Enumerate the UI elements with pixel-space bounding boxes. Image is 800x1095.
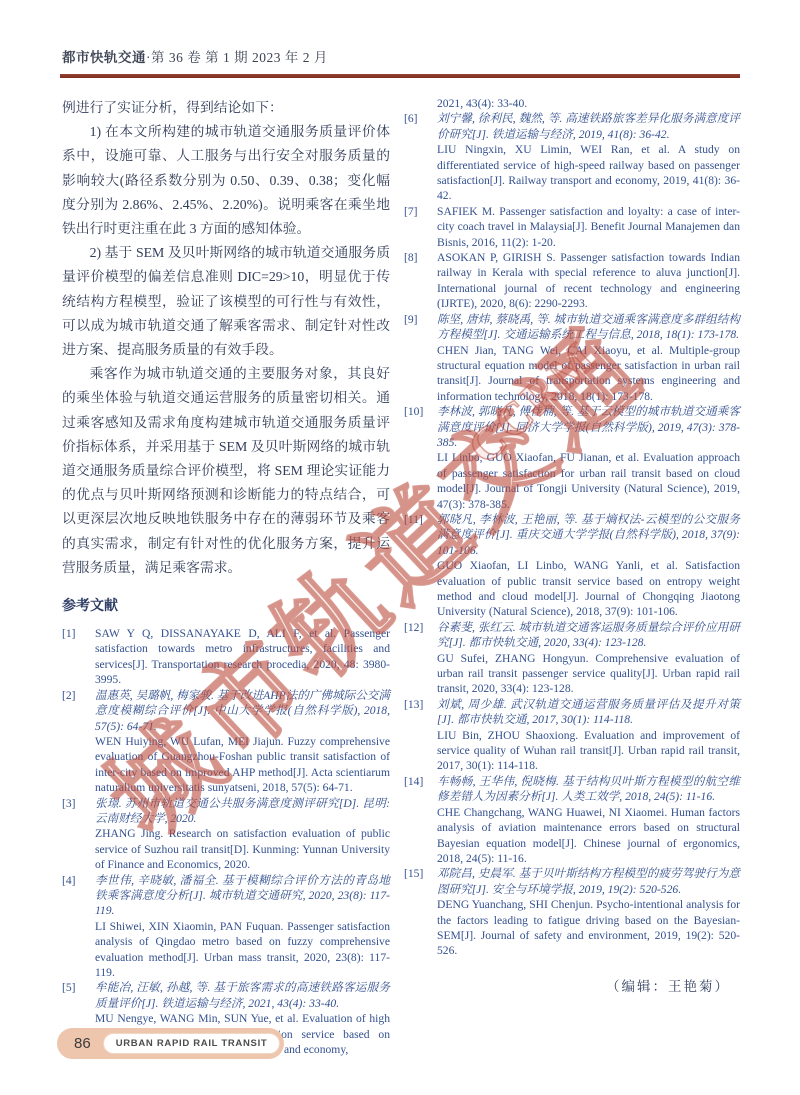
- body-paragraph: 2) 基于 SEM 及贝叶斯网络的城市轨道交通服务质量评价模型的偏差信息准则 D…: [62, 241, 390, 362]
- reference-body: 李林波, 郭晓凡, 傅佳楠, 等. 基于云模型的城市轨道交通乘客满意度评价[J]…: [437, 404, 740, 512]
- reference-item: [1] SAW Y Q, DISSANAYAKE D, ALI F, et al…: [62, 626, 390, 688]
- reference-body: 2021, 43(4): 33-40.: [437, 96, 740, 111]
- reference-text: CHE Changchang, WANG Huawei, NI Xiaomei.…: [437, 805, 740, 867]
- reference-item: [4] 李世伟, 辛晓敏, 潘福全. 基于模糊综合评价方法的青岛地铁乘客满意度分…: [62, 873, 390, 981]
- reference-body: 车畅畅, 王华伟, 倪晓梅. 基于结构贝叶斯方程模型的航空维修差错人为因素分析[…: [437, 774, 740, 866]
- header-divider: [60, 74, 740, 78]
- reference-text: 张璟. 苏州市轨道交通公共服务满意度测评研究[D]. 昆明: 云南财经大学, 2…: [95, 796, 390, 827]
- reference-text: LI Shiwei, XIN Xiaomin, PAN Fuquan. Pass…: [95, 919, 390, 981]
- reference-body: SAW Y Q, DISSANAYAKE D, ALI F, et al. Pa…: [95, 626, 390, 688]
- editor-note: （编辑：王艳菊）: [404, 975, 740, 995]
- references-heading: 参考文献: [62, 595, 390, 615]
- reference-body: 李世伟, 辛晓敏, 潘福全. 基于模糊综合评价方法的青岛地铁乘客满意度分析[J]…: [95, 873, 390, 981]
- reference-item: [8] ASOKAN P, GIRISH S. Passenger satisf…: [404, 250, 740, 312]
- reference-text: 谷素斐, 张红云. 城市轨道交通客运服务质量综合评价应用研究[J]. 都市快轨交…: [437, 620, 740, 651]
- reference-number: [2]: [62, 688, 95, 796]
- reference-item: [9] 陈坚, 唐炜, 蔡晓禹, 等. 城市轨道交通乘客满意度多群组结构方程模型…: [404, 312, 740, 404]
- body-paragraph: 例进行了实证分析，得到结论如下：: [62, 96, 390, 120]
- reference-number: [1]: [62, 626, 95, 688]
- reference-body: 张璟. 苏州市轨道交通公共服务满意度测评研究[D]. 昆明: 云南财经大学, 2…: [95, 796, 390, 873]
- reference-body: 郭晓凡, 李林波, 王艳丽, 等. 基于熵权法-云模型的公交服务满意度评价[J]…: [437, 512, 740, 620]
- reference-body: 谷素斐, 张红云. 城市轨道交通客运服务质量综合评价应用研究[J]. 都市快轨交…: [437, 620, 740, 697]
- reference-text: 陈坚, 唐炜, 蔡晓禹, 等. 城市轨道交通乘客满意度多群组结构方程模型[J].…: [437, 312, 740, 343]
- reference-text: DENG Yuanchang, SHI Chenjun. Psycho-inte…: [437, 897, 740, 959]
- reference-text: WEN Huiying, WU Lufan, MEI Jiajun. Fuzzy…: [95, 734, 390, 796]
- reference-text: GUO Xiaofan, LI Linbo, WANG Yanli, et al…: [437, 558, 740, 620]
- body-paragraph: 乘客作为城市轨道交通的主要服务对象，其良好的乘坐体验与轨道交通运营服务的质量密切…: [62, 362, 390, 580]
- reference-number: [404, 96, 437, 111]
- reference-text: 刘宁馨, 徐利民, 魏然, 等. 高速铁路旅客差异化服务满意度评价研究[J]. …: [437, 111, 740, 142]
- reference-number: [6]: [404, 111, 437, 203]
- reference-text: LIU Bin, ZHOU Shaoxiong. Evaluation and …: [437, 728, 740, 774]
- page-content: 例进行了实证分析，得到结论如下： 1) 在本文所构建的城市轨道交通服务质量评价体…: [62, 96, 740, 1057]
- reference-body: 刘宁馨, 徐利民, 魏然, 等. 高速铁路旅客差异化服务满意度评价研究[J]. …: [437, 111, 740, 203]
- reference-item: [15] 邓院昌, 史晨军. 基于贝叶斯结构方程模型的疲劳驾驶行为意图研究[J]…: [404, 866, 740, 958]
- reference-item: [3] 张璟. 苏州市轨道交通公共服务满意度测评研究[D]. 昆明: 云南财经大…: [62, 796, 390, 873]
- reference-text: 李世伟, 辛晓敏, 潘福全. 基于模糊综合评价方法的青岛地铁乘客满意度分析[J]…: [95, 873, 390, 919]
- reference-number: [4]: [62, 873, 95, 981]
- reference-text: 刘斌, 周少雄. 武汉轨道交通运营服务质量评估及提升对策[J]. 都市快轨交通,…: [437, 697, 740, 728]
- reference-text: CHEN Jian, TANG Wei, CAI Xiaoyu, et al. …: [437, 343, 740, 405]
- journal-title: 都市快轨交通: [62, 50, 146, 65]
- running-head: 都市快轨交通·第 36 卷 第 1 期 2023 年 2 月: [62, 46, 740, 66]
- reference-text: 李林波, 郭晓凡, 傅佳楠, 等. 基于云模型的城市轨道交通乘客满意度评价[J]…: [437, 404, 740, 450]
- page-number: 86: [57, 1035, 103, 1052]
- reference-text: GU Sufei, ZHANG Hongyun. Comprehensive e…: [437, 651, 740, 697]
- reference-body: SAFIEK M. Passenger satisfaction and loy…: [437, 204, 740, 250]
- reference-item: [2] 温惠英, 吴璐帆, 梅家骏. 基于改进AHP法的广佛城际公交满意度模糊综…: [62, 688, 390, 796]
- reference-text: LI Linbo, GUO Xiaofan, FU Jianan, et al.…: [437, 450, 740, 512]
- reference-text: LIU Ningxin, XU Limin, WEI Ran, et al. A…: [437, 142, 740, 204]
- reference-number: [15]: [404, 866, 437, 958]
- reference-body: ASOKAN P, GIRISH S. Passenger satisfacti…: [437, 250, 740, 312]
- reference-number: [10]: [404, 404, 437, 512]
- reference-item: [12] 谷素斐, 张红云. 城市轨道交通客运服务质量综合评价应用研究[J]. …: [404, 620, 740, 697]
- reference-number: [8]: [404, 250, 437, 312]
- reference-item: [6] 刘宁馨, 徐利民, 魏然, 等. 高速铁路旅客差异化服务满意度评价研究[…: [404, 111, 740, 203]
- reference-text: 车畅畅, 王华伟, 倪晓梅. 基于结构贝叶斯方程模型的航空维修差错人为因素分析[…: [437, 774, 740, 805]
- reference-body: 邓院昌, 史晨军. 基于贝叶斯结构方程模型的疲劳驾驶行为意图研究[J]. 安全与…: [437, 866, 740, 958]
- reference-body: 温惠英, 吴璐帆, 梅家骏. 基于改进AHP法的广佛城际公交满意度模糊综合评价[…: [95, 688, 390, 796]
- reference-text: ASOKAN P, GIRISH S. Passenger satisfacti…: [437, 250, 740, 312]
- journal-name-pill: URBAN RAPID RAIL TRANSIT: [103, 1033, 281, 1054]
- left-column: 例进行了实证分析，得到结论如下： 1) 在本文所构建的城市轨道交通服务质量评价体…: [62, 96, 390, 1057]
- reference-item: [7] SAFIEK M. Passenger satisfaction and…: [404, 204, 740, 250]
- reference-number: [12]: [404, 620, 437, 697]
- issue-info: ·第 36 卷 第 1 期 2023 年 2 月: [146, 50, 328, 65]
- body-paragraph: 1) 在本文所构建的城市轨道交通服务质量评价体系中，设施可靠、人工服务与出行安全…: [62, 120, 390, 241]
- reference-body: 陈坚, 唐炜, 蔡晓禹, 等. 城市轨道交通乘客满意度多群组结构方程模型[J].…: [437, 312, 740, 404]
- reference-item: [11] 郭晓凡, 李林波, 王艳丽, 等. 基于熵权法-云模型的公交服务满意度…: [404, 512, 740, 620]
- reference-number: [7]: [404, 204, 437, 250]
- reference-number: [9]: [404, 312, 437, 404]
- reference-text: SAW Y Q, DISSANAYAKE D, ALI F, et al. Pa…: [95, 626, 390, 688]
- reference-item: [10] 李林波, 郭晓凡, 傅佳楠, 等. 基于云模型的城市轨道交通乘客满意度…: [404, 404, 740, 512]
- reference-text: 牟能冶, 汪敏, 孙越, 等. 基于旅客需求的高速铁路客运服务质量评价[J]. …: [95, 980, 390, 1011]
- reference-body: 刘斌, 周少雄. 武汉轨道交通运营服务质量评估及提升对策[J]. 都市快轨交通,…: [437, 697, 740, 774]
- reference-item: 2021, 43(4): 33-40.: [404, 96, 740, 111]
- reference-item: [13] 刘斌, 周少雄. 武汉轨道交通运营服务质量评估及提升对策[J]. 都市…: [404, 697, 740, 774]
- reference-text: 郭晓凡, 李林波, 王艳丽, 等. 基于熵权法-云模型的公交服务满意度评价[J]…: [437, 512, 740, 558]
- reference-number: [3]: [62, 796, 95, 873]
- reference-number: [13]: [404, 697, 437, 774]
- reference-number: [11]: [404, 512, 437, 620]
- scanned-paper-page: 都市快轨交通·第 36 卷 第 1 期 2023 年 2 月 例进行了实证分析，…: [0, 0, 800, 1095]
- reference-text: 温惠英, 吴璐帆, 梅家骏. 基于改进AHP法的广佛城际公交满意度模糊综合评价[…: [95, 688, 390, 734]
- reference-item: [14] 车畅畅, 王华伟, 倪晓梅. 基于结构贝叶斯方程模型的航空维修差错人为…: [404, 774, 740, 866]
- reference-text: SAFIEK M. Passenger satisfaction and loy…: [437, 204, 740, 250]
- reference-number: [14]: [404, 774, 437, 866]
- reference-text: ZHANG Jing. Research on satisfaction eva…: [95, 826, 390, 872]
- right-column: 2021, 43(4): 33-40. [6] 刘宁馨, 徐利民, 魏然, 等.…: [404, 96, 740, 1057]
- reference-text: 邓院昌, 史晨军. 基于贝叶斯结构方程模型的疲劳驾驶行为意图研究[J]. 安全与…: [437, 866, 740, 897]
- reference-text: 2021, 43(4): 33-40.: [437, 96, 740, 111]
- footer-page-badge: 86 URBAN RAPID RAIL TRANSIT: [57, 1028, 284, 1059]
